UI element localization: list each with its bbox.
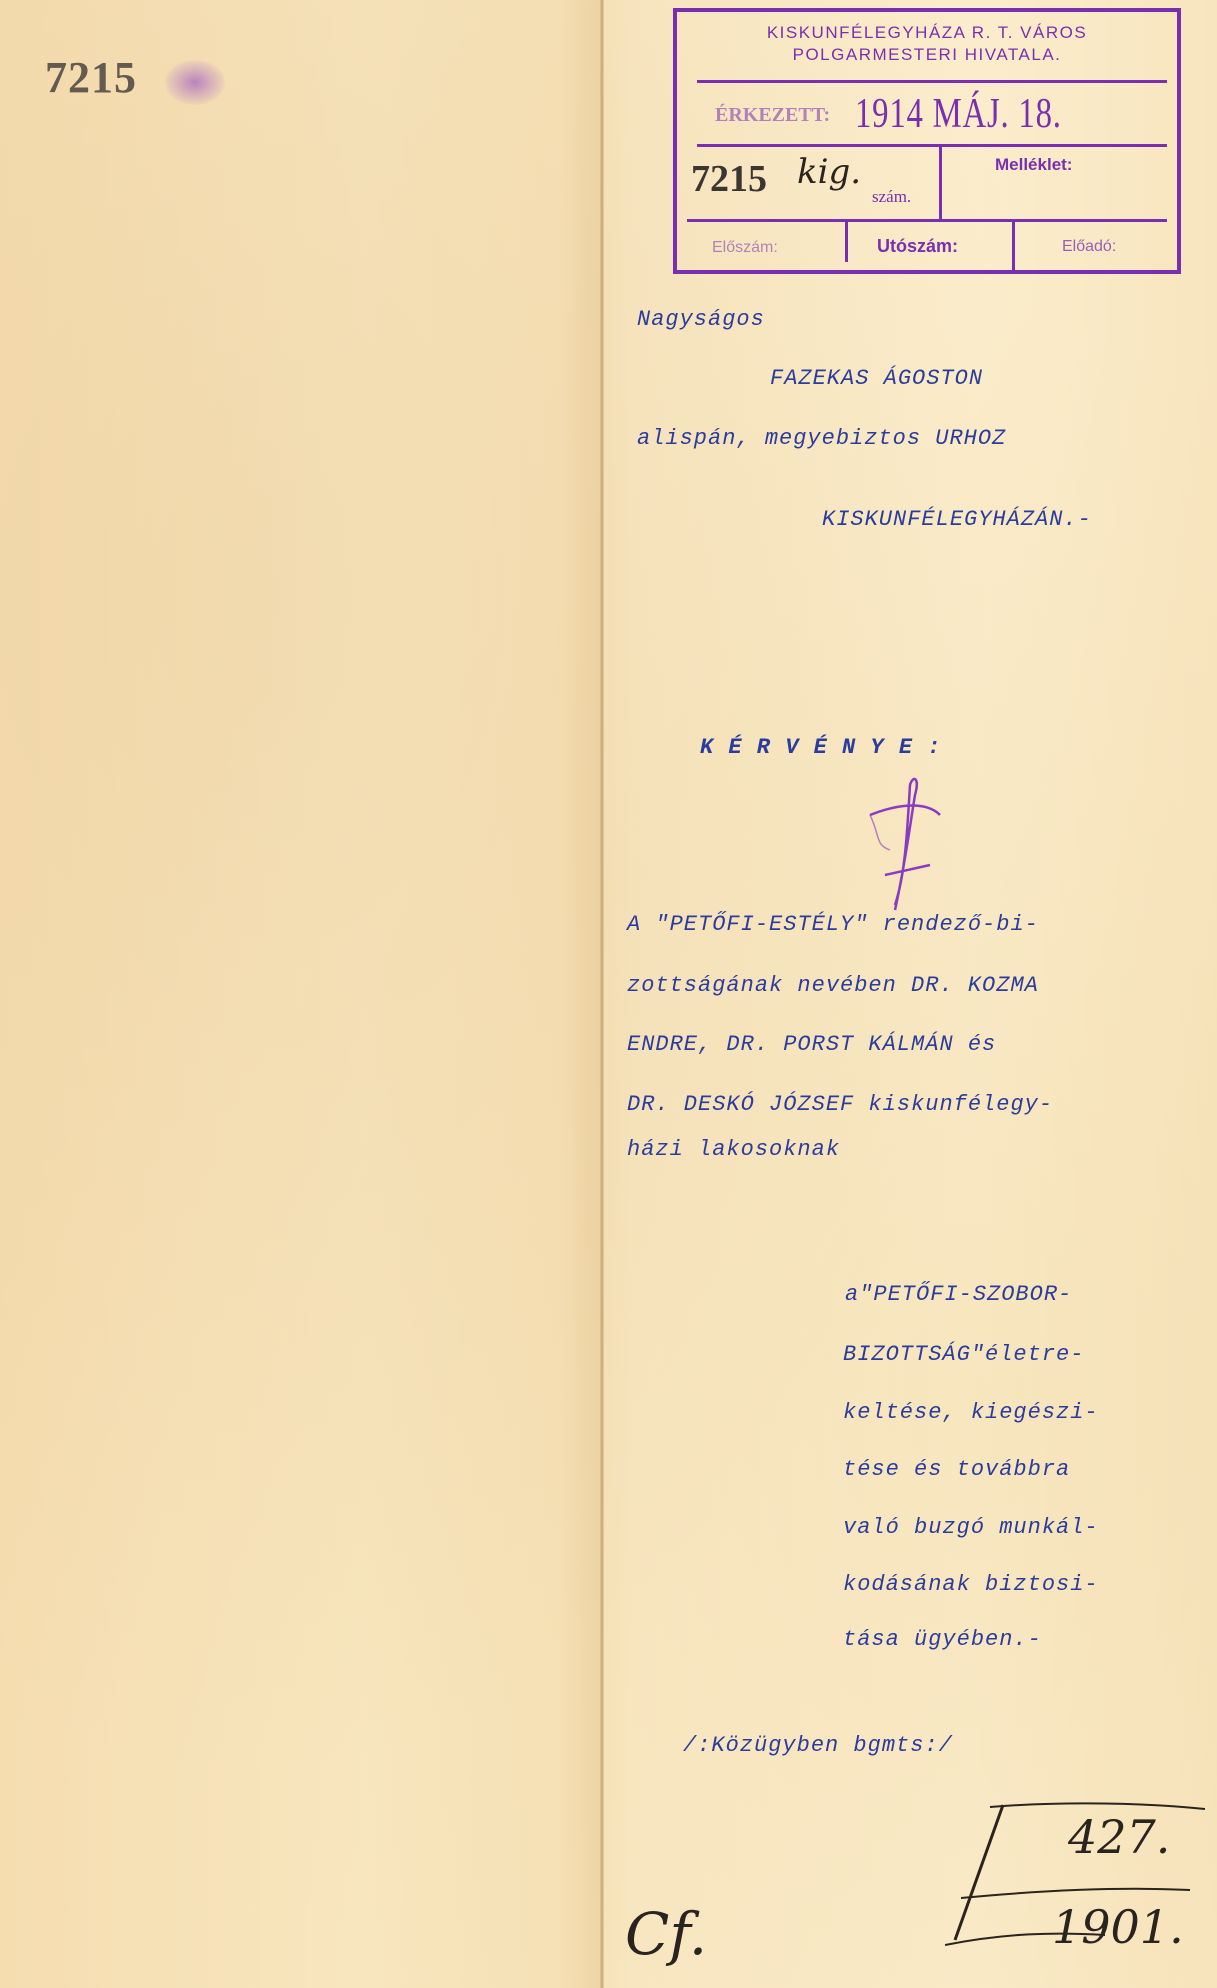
stamp-divider xyxy=(845,222,848,262)
handwritten-file-number-bottom: 1901. xyxy=(1052,1900,1184,1954)
subject-line: tése és továbbra xyxy=(843,1457,1070,1482)
fold-shadow xyxy=(560,0,604,1988)
registration-stamp: KISKUNFÉLEGYHÁZA R. T. VÁROS POLGARMESTE… xyxy=(673,8,1181,274)
stamp-previous-number-label: Előszám: xyxy=(712,239,778,257)
stamp-number-handwritten-suffix: kig. xyxy=(797,152,861,192)
stamp-number-value: 7215 xyxy=(691,157,767,201)
body-line: zottságának nevében DR. KOZMA xyxy=(627,973,1039,998)
subject-line: tása ügyében.- xyxy=(843,1627,1042,1652)
address-salutation: Nagyságos xyxy=(637,307,765,332)
subject-line: a"PETŐFI-SZOBOR- xyxy=(845,1282,1072,1307)
address-place: KISKUNFÉLEGYHÁZÁN.- xyxy=(822,507,1092,532)
stamp-divider xyxy=(697,144,1167,147)
stamp-attachment-label: Melléklet: xyxy=(995,155,1072,175)
body-line: DR. DESKÓ JÓZSEF kiskunfélegy- xyxy=(627,1092,1053,1117)
handwritten-initials: Cf. xyxy=(625,1900,707,1968)
subject-line: való buzgó munkál- xyxy=(843,1515,1099,1540)
stamp-number-label: szám. xyxy=(872,187,911,207)
body-line: házi lakosoknak xyxy=(627,1137,840,1162)
stamp-received-label: ÉRKEZETT: xyxy=(715,104,830,127)
address-name: FAZEKAS ÁGOSTON xyxy=(770,366,983,391)
body-line: ENDRE, DR. PORST KÁLMÁN és xyxy=(627,1032,996,1057)
handwritten-f-mark-icon xyxy=(855,775,945,915)
stamp-office-line2: POLGARMESTERI HIVATALA. xyxy=(677,44,1177,66)
stamp-divider xyxy=(939,147,942,219)
registry-number: 7215 xyxy=(45,52,137,103)
stamp-divider xyxy=(1012,222,1015,274)
footer-note: /:Közügyben bgmts:/ xyxy=(683,1733,953,1758)
body-line: A "PETŐFI-ESTÉLY" rendező-bi- xyxy=(627,912,1039,937)
address-title: alispán, megyebiztos URHOZ xyxy=(637,426,1006,451)
stamp-rapporteur-label: Előadó: xyxy=(1062,238,1116,256)
document-page: 7215 KISKUNFÉLEGYHÁZA R. T. VÁROS POLGAR… xyxy=(0,0,1217,1988)
stamp-following-number-label: Utószám: xyxy=(877,236,958,257)
stamp-received-date: 1914 MÁJ. 18. xyxy=(855,90,1062,138)
page-fold-crease xyxy=(600,0,604,1988)
subject-line: keltése, kiegészi- xyxy=(843,1400,1099,1425)
stamp-header: KISKUNFÉLEGYHÁZA R. T. VÁROS POLGARMESTE… xyxy=(677,22,1177,66)
document-heading: K É R V É N Y E : xyxy=(700,735,941,760)
subject-line: kodásának biztosi- xyxy=(843,1572,1099,1597)
subject-line: BIZOTTSÁG"életre- xyxy=(843,1342,1084,1367)
ink-smudge xyxy=(165,60,225,105)
stamp-divider xyxy=(697,80,1167,83)
stamp-office-line1: KISKUNFÉLEGYHÁZA R. T. VÁROS xyxy=(677,22,1177,44)
stamp-divider xyxy=(687,219,1167,222)
handwritten-file-number-top: 427. xyxy=(1068,1810,1170,1864)
